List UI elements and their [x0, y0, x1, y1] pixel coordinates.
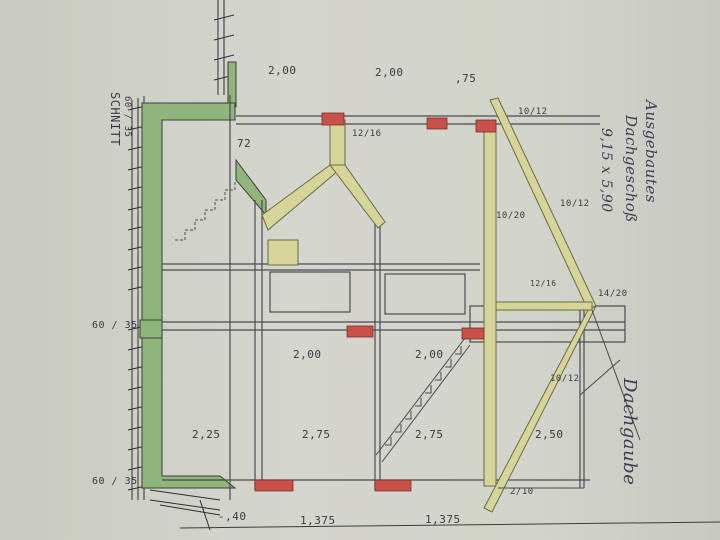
size-collar: 12/16 [530, 280, 557, 288]
dormer-label: Dachgaube [619, 378, 640, 485]
dim-top-2: 2,00 [375, 66, 404, 79]
dim-top-1: 2,00 [268, 64, 297, 77]
dim-bottom-2: 1,375 [300, 514, 336, 527]
dim-bottom-3: 1,375 [425, 513, 461, 526]
size-rafter-top: 10/12 [518, 108, 548, 116]
section-label: SCHNITT [108, 92, 122, 146]
section-dims: 60 / 35 [122, 96, 132, 137]
title-dims: 9,15 x 5,90 [598, 128, 614, 213]
dim-top-3: ,75 [455, 72, 476, 85]
size-post: 10/20 [496, 212, 526, 220]
height-275-b: 2,75 [415, 428, 444, 441]
height-250: 2,50 [535, 428, 564, 441]
staircase [175, 180, 470, 462]
timber-frame [262, 98, 596, 512]
wall-mid-dims: 60 / 35 [92, 320, 138, 331]
title-line-1: Ausgebautes [642, 100, 660, 203]
size-ridge: 14/20 [598, 290, 628, 298]
size-bottom-plate: 2/10 [510, 488, 534, 496]
height-200-b: 2,00 [415, 348, 444, 361]
size-rafter-2: 10/12 [560, 200, 590, 208]
height-275-a: 2,75 [302, 428, 331, 441]
masonry-walls [140, 62, 266, 488]
title-line-2: Dachgeschoß [622, 115, 640, 223]
height-200-a: 2,00 [293, 348, 322, 361]
dim-bottom-1: -,40 [218, 510, 247, 523]
size-rafter-mid: 12/16 [352, 130, 382, 138]
wall-bottom-dims: 60 / 35 [92, 476, 138, 487]
elevation-mark: 72 [237, 137, 251, 150]
size-dormer-rafter: 10/12 [550, 375, 580, 383]
section-drawing [0, 0, 720, 540]
height-225: 2,25 [192, 428, 221, 441]
